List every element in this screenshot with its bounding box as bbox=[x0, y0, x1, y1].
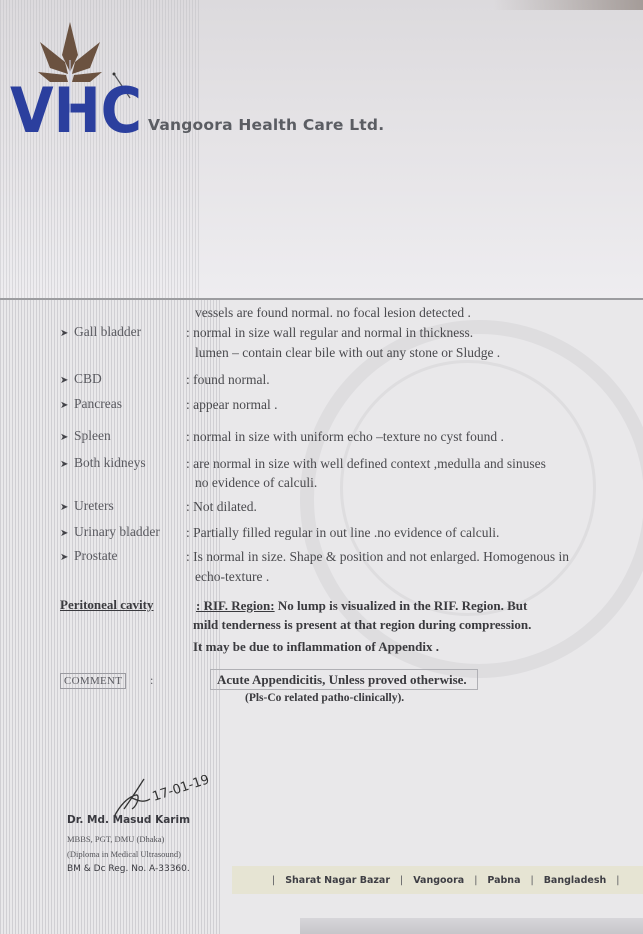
finding-text: : Partially filled regular in out line .… bbox=[186, 524, 499, 542]
finding-organ-label: ➤Pancreas bbox=[60, 396, 122, 412]
organ-name: CBD bbox=[74, 371, 102, 386]
finding-organ-label: ➤Both kidneys bbox=[60, 455, 146, 471]
bullet-arrow-icon: ➤ bbox=[60, 528, 74, 539]
finding-text: : Is normal in size. Shape & position an… bbox=[186, 548, 569, 566]
comment-colon: : bbox=[150, 673, 153, 688]
finding-organ-label: ➤Urinary bladder bbox=[60, 524, 160, 540]
organ-name: Gall bladder bbox=[74, 324, 141, 339]
finding-text: echo-texture . bbox=[195, 568, 269, 586]
bullet-arrow-icon: ➤ bbox=[60, 432, 74, 443]
background-paper-edge bbox=[300, 918, 643, 934]
organ-name: Both kidneys bbox=[74, 455, 146, 470]
bullet-arrow-icon: ➤ bbox=[60, 328, 74, 339]
doctor-name: Dr. Md. Masud Karim bbox=[67, 814, 190, 826]
address-area: Sharat Nagar Bazar bbox=[285, 875, 390, 886]
finding-text: : Not dilated. bbox=[186, 498, 257, 516]
doctor-qualifications: MBBS, PGT, DMU (Dhaka) bbox=[67, 834, 164, 844]
finding-text: : normal in size wall regular and normal… bbox=[186, 324, 473, 342]
finding-text: : appear normal . bbox=[186, 396, 277, 414]
comment-label: COMMENT bbox=[60, 673, 126, 689]
company-name: Vangoora Health Care Ltd. bbox=[148, 116, 384, 134]
peritoneal-text: No lump is visualized in the RIF. Region… bbox=[275, 598, 528, 613]
finding-text: no evidence of calculi. bbox=[195, 474, 317, 492]
rif-region-label: : RIF. Region: bbox=[196, 598, 275, 613]
peritoneal-finding-3: It may be due to inflammation of Appendi… bbox=[193, 638, 439, 656]
address-town: Vangoora bbox=[413, 875, 464, 886]
separator: | bbox=[530, 875, 533, 886]
doctor-registration: BM & Dc Reg. No. A-33360. bbox=[67, 864, 190, 874]
organ-name: Prostate bbox=[74, 548, 118, 563]
finding-organ-label: ➤Prostate bbox=[60, 548, 118, 564]
finding-text: : normal in size with uniform echo –text… bbox=[186, 428, 504, 446]
organ-name: Pancreas bbox=[74, 396, 122, 411]
background-paper-edge bbox=[493, 0, 643, 10]
diagnosis-note: (Pls-Co related patho-clinically). bbox=[245, 692, 404, 704]
seal-watermark-inner bbox=[340, 360, 596, 616]
bullet-arrow-icon: ➤ bbox=[60, 552, 74, 563]
liver-continuation: vessels are found normal. no focal lesio… bbox=[195, 304, 471, 322]
finding-organ-label: ➤CBD bbox=[60, 371, 102, 387]
separator: | bbox=[474, 875, 477, 886]
address-bar: | Sharat Nagar Bazar | Vangoora | Pabna … bbox=[232, 866, 643, 894]
bullet-arrow-icon: ➤ bbox=[60, 502, 74, 513]
diagnosis: Acute Appendicitis, Unless proved otherw… bbox=[210, 669, 478, 690]
address-country: Bangladesh bbox=[544, 875, 607, 886]
separator: | bbox=[400, 875, 403, 886]
svg-text:VHC: VHC bbox=[10, 74, 142, 140]
finding-organ-label: ➤Spleen bbox=[60, 428, 111, 444]
separator: | bbox=[616, 875, 619, 886]
organ-name: Ureters bbox=[74, 498, 114, 513]
bullet-arrow-icon: ➤ bbox=[60, 375, 74, 386]
finding-text: : are normal in size with well defined c… bbox=[186, 455, 546, 473]
peritoneal-finding-1: : RIF. Region: No lump is visualized in … bbox=[196, 597, 527, 615]
finding-organ-label: ➤Gall bladder bbox=[60, 324, 141, 340]
bullet-arrow-icon: ➤ bbox=[60, 459, 74, 470]
peritoneal-label: Peritoneal cavity bbox=[60, 597, 154, 613]
svg-text:17-01-19: 17-01-19 bbox=[151, 775, 212, 805]
organ-name: Spleen bbox=[74, 428, 111, 443]
address-district: Pabna bbox=[487, 875, 520, 886]
finding-text: lumen – contain clear bile with out any … bbox=[195, 344, 500, 362]
finding-organ-label: ➤Ureters bbox=[60, 498, 114, 514]
doctor-diploma: (Diploma in Medical Ultrasound) bbox=[67, 849, 181, 859]
peritoneal-finding-2: mild tenderness is present at that regio… bbox=[193, 616, 531, 634]
organ-name: Urinary bladder bbox=[74, 524, 160, 539]
finding-text: : found normal. bbox=[186, 371, 270, 389]
separator: | bbox=[272, 875, 275, 886]
bullet-arrow-icon: ➤ bbox=[60, 400, 74, 411]
vhc-logo-icon: VHC bbox=[10, 20, 150, 140]
